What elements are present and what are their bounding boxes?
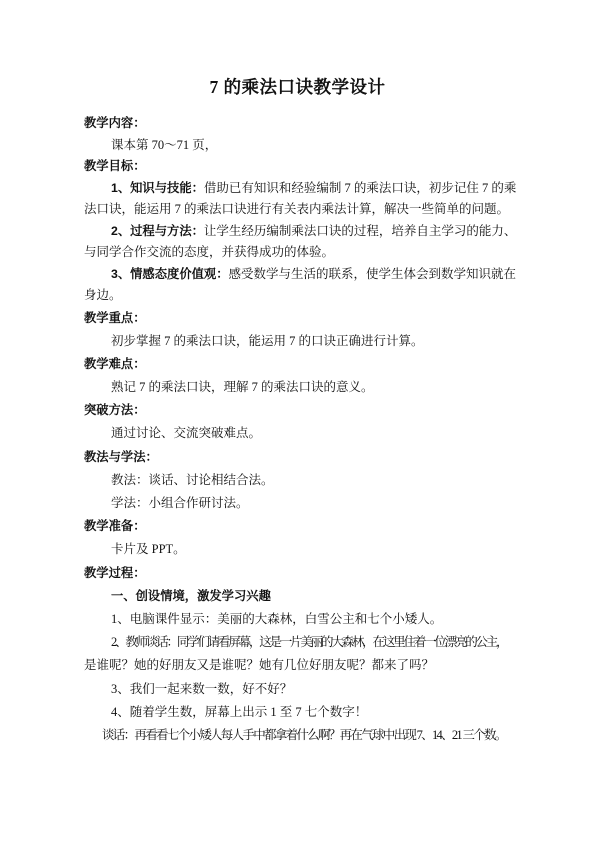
goal-process-method-line1: 2、过程与方法：让学生经历编制乘法口诀的过程，培养自主学习的能力、 [84, 221, 565, 243]
step-3-count-together: 3、我们一起来数一数，好不好？ [84, 678, 565, 701]
step-2-teacher-talk-line1: 2、教师谈话：同学们请看屏幕，这是一片美丽的大森林，在这里住着一位漂亮的公主， [84, 631, 565, 654]
heading-teaching-preparation: 教学准备： [84, 515, 565, 538]
document-body: 教学内容： 课本第 70～71 页， 教学目标： 1、知识与技能：借助已有知识和… [0, 113, 595, 747]
text-preparation: 卡片及 PPT。 [84, 538, 565, 561]
goal-process-method-line2: 与同学合作交流的态度，并获得成功的体验。 [84, 242, 565, 264]
document-title: 7 的乘法口诀教学设计 [0, 0, 595, 98]
heading-teaching-goals: 教学目标： [84, 156, 565, 178]
text-teaching-method: 教法：谈话、讨论相结合法。 [84, 469, 565, 492]
text-difficulty: 熟记 7 的乘法口诀，理解 7 的乘法口诀的意义。 [84, 376, 565, 399]
goal-emotion-value-line1: 3、情感态度价值观：感受数学与生活的联系，使学生体会到数学知识就在 [84, 264, 565, 286]
heading-teaching-process: 教学过程： [84, 562, 565, 585]
goal-knowledge-skills-line2: 法口诀，能运用 7 的乘法口诀进行有关表内乘法计算，解决一些简单的问题。 [84, 199, 565, 221]
heading-teaching-key-point: 教学重点： [84, 307, 565, 330]
step-2-teacher-talk-line2: 是谁呢？她的好朋友又是谁呢？她有几位好朋友呢？都来了吗？ [84, 654, 565, 677]
heading-teaching-difficulty: 教学难点： [84, 353, 565, 376]
subheading-create-situation: 一、创设情境，激发学习兴趣 [84, 585, 565, 608]
heading-teaching-content: 教学内容： [84, 113, 565, 135]
text-talk-balloons-numbers: 谈话：再看看七个小矮人每人手中都拿着什么啊？再在气球中出现 7、14、21 三个… [84, 724, 565, 747]
goal-knowledge-skills-line1: 1、知识与技能：借助已有知识和经验编制 7 的乘法口诀，初步记住 7 的乘 [84, 178, 565, 200]
text-textbook-pages: 课本第 70～71 页， [84, 135, 565, 157]
heading-breakthrough-method: 突破方法： [84, 399, 565, 422]
document-page: 7 的乘法口诀教学设计 教学内容： 课本第 70～71 页， 教学目标： 1、知… [0, 0, 595, 842]
text-key-point: 初步掌握 7 的乘法口诀，能运用 7 的口诀正确进行计算。 [84, 330, 565, 353]
goal-emotion-value-line2: 身边。 [84, 285, 565, 307]
text-breakthrough-method: 通过讨论、交流突破难点。 [84, 422, 565, 445]
heading-teach-learn-methods: 教法与学法： [84, 446, 565, 469]
text-learning-method: 学法：小组合作研讨法。 [84, 492, 565, 515]
step-1-courseware-display: 1、电脑课件显示：美丽的大森林，白雪公主和七个小矮人。 [84, 608, 565, 631]
step-4-show-numbers: 4、随着学生数，屏幕上出示 1 至 7 七个数字！ [84, 701, 565, 724]
